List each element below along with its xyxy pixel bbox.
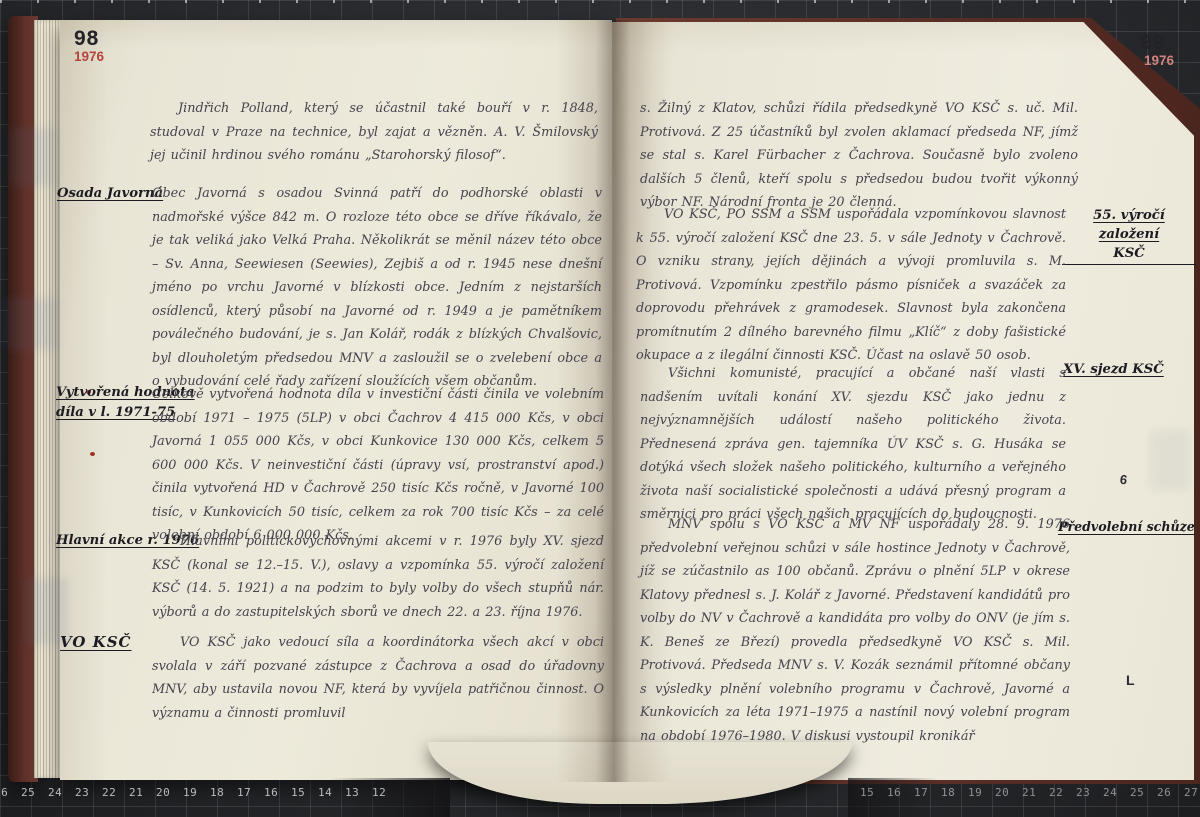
ruler-number: 26	[1157, 786, 1171, 799]
paragraph-vo-ksc: VO KSČ jako vedoucí síla a koordinátorka…	[152, 631, 604, 725]
ruler-number: 16	[887, 786, 901, 799]
ruler-number: 15	[291, 786, 305, 799]
ruler-number: 20	[995, 786, 1009, 799]
ruler-number: 14	[318, 786, 332, 799]
margin-heading-vo-ksc: VO KSČ	[60, 632, 131, 652]
page-number-stamp-left: 98 1976	[74, 28, 104, 64]
photographed-chronicle-scene: 98 1976 99 1976 Osada Javorná Vytvořená …	[0, 0, 1200, 817]
ruler-number: 19	[183, 786, 197, 799]
paragraph-vytvorena-hodnota: Celkově vytvořená hodnota díla v investi…	[152, 383, 604, 548]
paragraph-hlavni-akce: Hlavními politickovýchovnými akcemi v r.…	[152, 530, 604, 624]
ruler-number: 24	[1103, 786, 1117, 799]
margin-heading-55-vyroci: 55. výročí založení KSČ	[1062, 206, 1196, 265]
top-ruler-ticks	[0, 0, 1200, 3]
paragraph-osada-javorna: Obec Javorná s osadou Svinná patří do po…	[152, 182, 602, 394]
ruler-number: 19	[968, 786, 982, 799]
ruler-number: 23	[75, 786, 89, 799]
ruler-number: 18	[210, 786, 224, 799]
page-number-right: 99	[1132, 32, 1190, 54]
ruler-number: 16	[264, 786, 278, 799]
paragraph-polland: Jindřich Polland, který se účastnil také…	[150, 97, 598, 168]
margin-heading-line: KSČ	[1062, 244, 1196, 265]
page-edge-mark: L	[1126, 672, 1135, 688]
bleed-through-mark	[10, 128, 56, 186]
paragraph-55-vyroci: VO KSČ, PO SSM a SSM uspořádala vzpomínk…	[636, 203, 1066, 368]
paragraph-xv-sjezd: Všichni komunisté, pracující a občané na…	[640, 362, 1066, 527]
year-stamp-left: 1976	[74, 50, 104, 64]
paragraph-narodni-fronta: s. Žilný z Klatov, schůzi řídila předsed…	[640, 97, 1078, 215]
ruler-number: 17	[914, 786, 928, 799]
ruler-number: 21	[129, 786, 143, 799]
ink-speck	[90, 452, 95, 456]
ruler-number: 15	[860, 786, 874, 799]
bleed-through-mark	[1150, 430, 1190, 490]
ruler-number: 23	[1076, 786, 1090, 799]
ruler-number: 22	[102, 786, 116, 799]
ruler-number: 25	[1130, 786, 1144, 799]
ruler-number: 25	[21, 786, 35, 799]
margin-heading-line: 55. výročí založení	[1062, 206, 1196, 244]
ruler-number: 26	[0, 786, 8, 799]
margin-heading-predvolebni-schuze: Předvolební schůze	[1058, 517, 1195, 537]
ruler-number: 24	[48, 786, 62, 799]
bleed-through-mark	[6, 298, 58, 350]
ruler-number: 18	[941, 786, 955, 799]
margin-heading-xv-sjezd: XV. sjezd KSČ	[1063, 360, 1164, 380]
margin-heading-osada-javorna: Osada Javorná	[57, 184, 163, 204]
paragraph-predvolebni-schuze: MNV spolu s VO KSČ a MV NF uspořádaly 28…	[640, 513, 1070, 748]
bottom-ruler-left: 262524232221201918171615141312	[0, 786, 386, 799]
ruler-number: 20	[156, 786, 170, 799]
ruler-number: 13	[345, 786, 359, 799]
page-number-left: 98	[74, 28, 104, 50]
ruler-number: 17	[237, 786, 251, 799]
page-number-stamp-right: 99 1976	[1132, 32, 1190, 68]
ruler-number: 27	[1184, 786, 1198, 799]
book-bottom-page-sag	[428, 742, 852, 804]
ruler-number: 21	[1022, 786, 1036, 799]
ruler-number: 22	[1049, 786, 1063, 799]
bottom-ruler-right: 15161718192021222324252627	[860, 786, 1198, 799]
ruler-number: 12	[372, 786, 386, 799]
year-stamp-right: 1976	[1132, 54, 1190, 68]
